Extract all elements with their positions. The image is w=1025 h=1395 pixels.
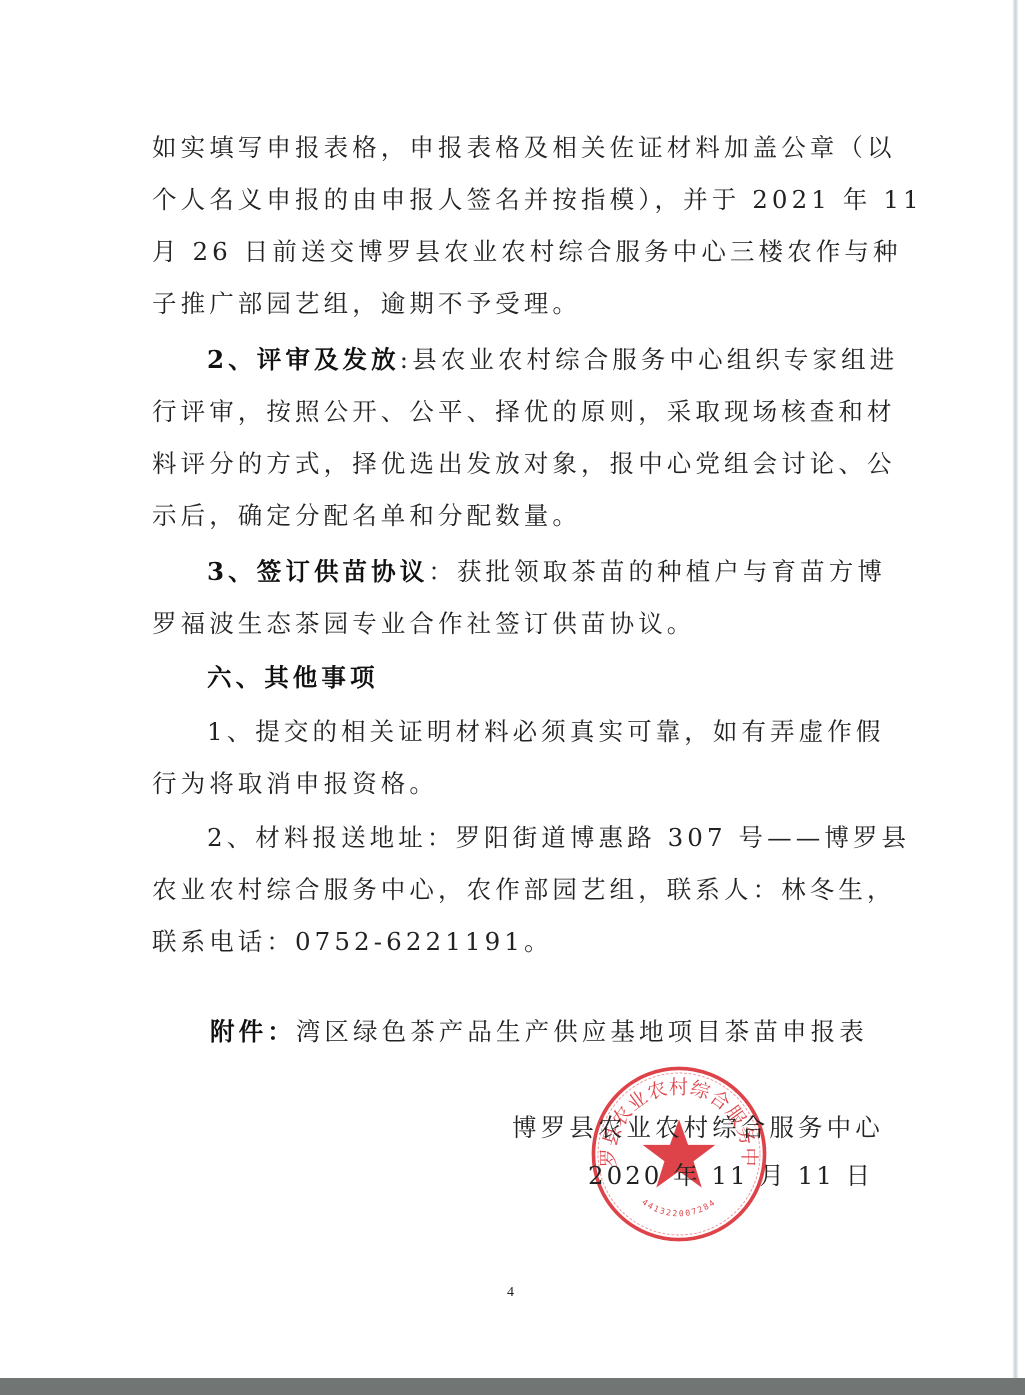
text-line: 农业农村综合服务中心，农作部园艺组，联系人：林冬生， (152, 866, 896, 914)
agreement-paragraph-first-line: 3、签订供苗协议：获批领取茶苗的种植户与育苗方博 (207, 548, 886, 596)
agreement-heading: 3、签订供苗协议 (207, 557, 428, 586)
attachment-line: 附件：湾区绿色茶产品生产供应基地项目茶苗申报表 (210, 1008, 868, 1056)
text-line: :县农业农村综合服务中心组织专家组进 (400, 345, 899, 374)
attachment-text: 湾区绿色茶产品生产供应基地项目茶苗申报表 (296, 1017, 868, 1046)
scan-edge-divider (1013, 0, 1018, 1378)
scan-bottom-border (0, 1378, 1025, 1395)
text-line: ：获批领取茶苗的种植户与育苗方博 (428, 557, 886, 586)
text-line: 罗福波生态茶园专业合作社签订供苗协议。 (152, 600, 695, 648)
text-line: 示后，确定分配名单和分配数量。 (152, 492, 581, 540)
text-line: 1、提交的相关证明材料必须真实可靠，如有弄虚作假 (207, 708, 885, 756)
text-line: 2、材料报送地址：罗阳街道博惠路 307 号——博罗县 (207, 814, 910, 862)
text-line: 月 26 日前送交博罗县农业农村综合服务中心三楼农作与种 (152, 228, 902, 276)
text-line: 子推广部园艺组，逾期不予受理。 (152, 280, 581, 328)
text-line: 行评审，按照公开、公平、择优的原则，采取现场核查和材 (152, 388, 896, 436)
text-line: 个人名义申报的由申报人签名并按指模），并于 2021 年 11 (152, 176, 923, 224)
attachment-label: 附件： (210, 1017, 296, 1046)
text-line: 料评分的方式，择优选出发放对象，报中心党组会讨论、公 (152, 440, 896, 488)
text-line: 行为将取消申报资格。 (152, 760, 438, 808)
section-heading: 六、其他事项 (207, 654, 379, 702)
text-line: 如实填写申报表格，申报表格及相关佐证材料加盖公章（以 (152, 124, 896, 172)
review-paragraph-first-line: 2、评审及发放:县农业农村综合服务中心组织专家组进 (207, 336, 898, 384)
signature-organization: 博罗县农业农村综合服务中心 (512, 1104, 884, 1152)
document-page: 如实填写申报表格，申报表格及相关佐证材料加盖公章（以 个人名义申报的由申报人签名… (0, 0, 1025, 1378)
page-number: 4 (507, 1285, 514, 1301)
review-heading: 2、评审及发放 (207, 345, 400, 374)
signature-date: 2020 年 11 月 11 日 (588, 1152, 873, 1200)
text-line: 联系电话：0752-6221191。 (152, 918, 553, 966)
